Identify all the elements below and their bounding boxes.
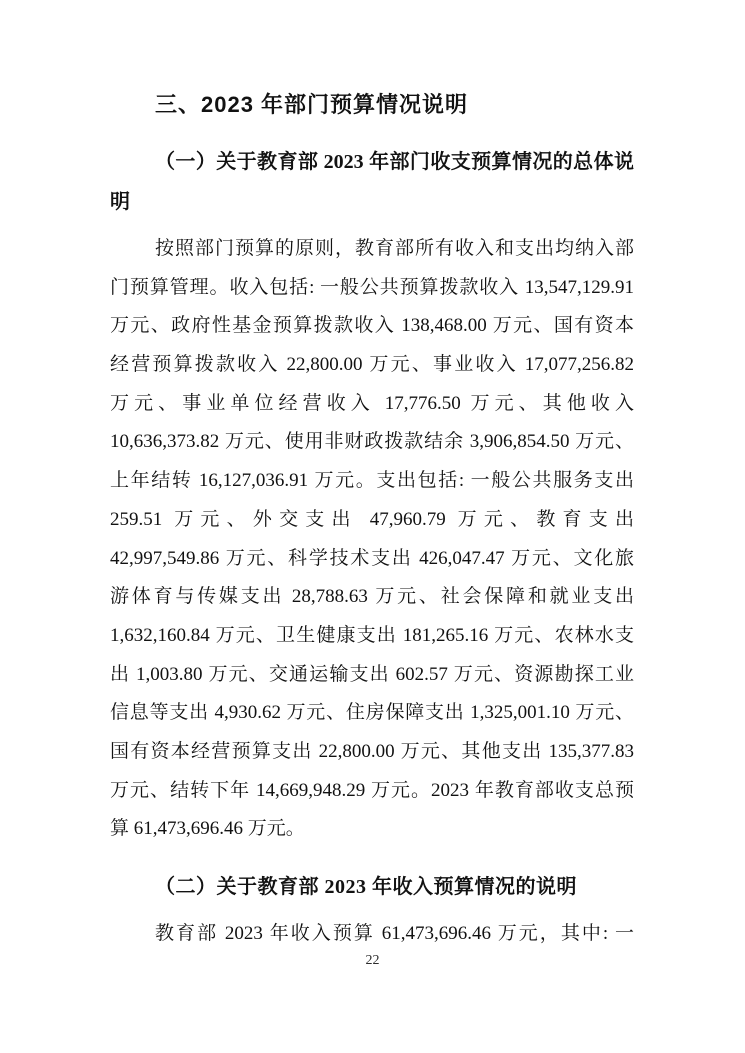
paragraph-line: 游体育与传媒支出 28,788.63 万元、社会保障和就业支出 [110, 578, 634, 617]
document-page: 三、2023 年部门预算情况说明 （一）关于教育部 2023 年部门收支预算情况… [0, 0, 745, 1053]
paragraph-line: 上年结转 16,127,036.91 万元。支出包括: 一般公共服务支出 [110, 462, 634, 501]
paragraph-line: 教育部 2023 年收入预算 61,473,696.46 万元，其中: 一 [110, 915, 634, 954]
paragraph-line: 经营预算拨款收入 22,800.00 万元、事业收入 17,077,256.82 [110, 346, 634, 385]
paragraph-line: 10,636,373.82 万元、使用非财政拨款结余 3,906,854.50 … [110, 423, 634, 462]
paragraph-line: 42,997,549.86 万元、科学技术支出 426,047.47 万元、文化… [110, 540, 634, 579]
paragraph-line: 门预算管理。收入包括: 一般公共预算拨款收入 13,547,129.91 [110, 269, 634, 308]
paragraph-line: 万元、结转下年 14,669,948.29 万元。2023 年教育部收支总预 [110, 772, 634, 811]
paragraph-line: 国有资本经营预算支出 22,800.00 万元、其他支出 135,377.83 [110, 733, 634, 772]
subsection-1-heading-line-1: （一）关于教育部 2023 年部门收支预算情况的总体说 [110, 142, 634, 182]
paragraph-line: 信息等支出 4,930.62 万元、住房保障支出 1,325,001.10 万元… [110, 694, 634, 733]
paragraph-income-budget: 教育部 2023 年收入预算 61,473,696.46 万元，其中: 一 [110, 915, 634, 954]
paragraph-line: 259.51 万元、外交支出 47,960.79 万元、教育支出 [110, 501, 634, 540]
paragraph-line: 按照部门预算的原则，教育部所有收入和支出均纳入部 [110, 230, 634, 269]
paragraph-line: 1,632,160.84 万元、卫生健康支出 181,265.16 万元、农林水… [110, 617, 634, 656]
paragraph-line: 万元、政府性基金预算拨款收入 138,468.00 万元、国有资本 [110, 307, 634, 346]
paragraph-line: 出 1,003.80 万元、交通运输支出 602.57 万元、资源勘探工业 [110, 656, 634, 695]
section-heading: 三、2023 年部门预算情况说明 [110, 90, 634, 120]
paragraph-line: 万元、事业单位经营收入 17,776.50 万元、其他收入 [110, 385, 634, 424]
subsection-1-heading-line-2: 明 [110, 182, 634, 222]
page-number: 22 [0, 953, 745, 969]
paragraph-budget-overview: 按照部门预算的原则，教育部所有收入和支出均纳入部 门预算管理。收入包括: 一般公… [110, 230, 634, 849]
subsection-2-heading: （二）关于教育部 2023 年收入预算情况的说明 [110, 867, 634, 907]
paragraph-line: 算 61,473,696.46 万元。 [110, 810, 634, 849]
subsection-1-heading: （一）关于教育部 2023 年部门收支预算情况的总体说 明 [110, 142, 634, 222]
